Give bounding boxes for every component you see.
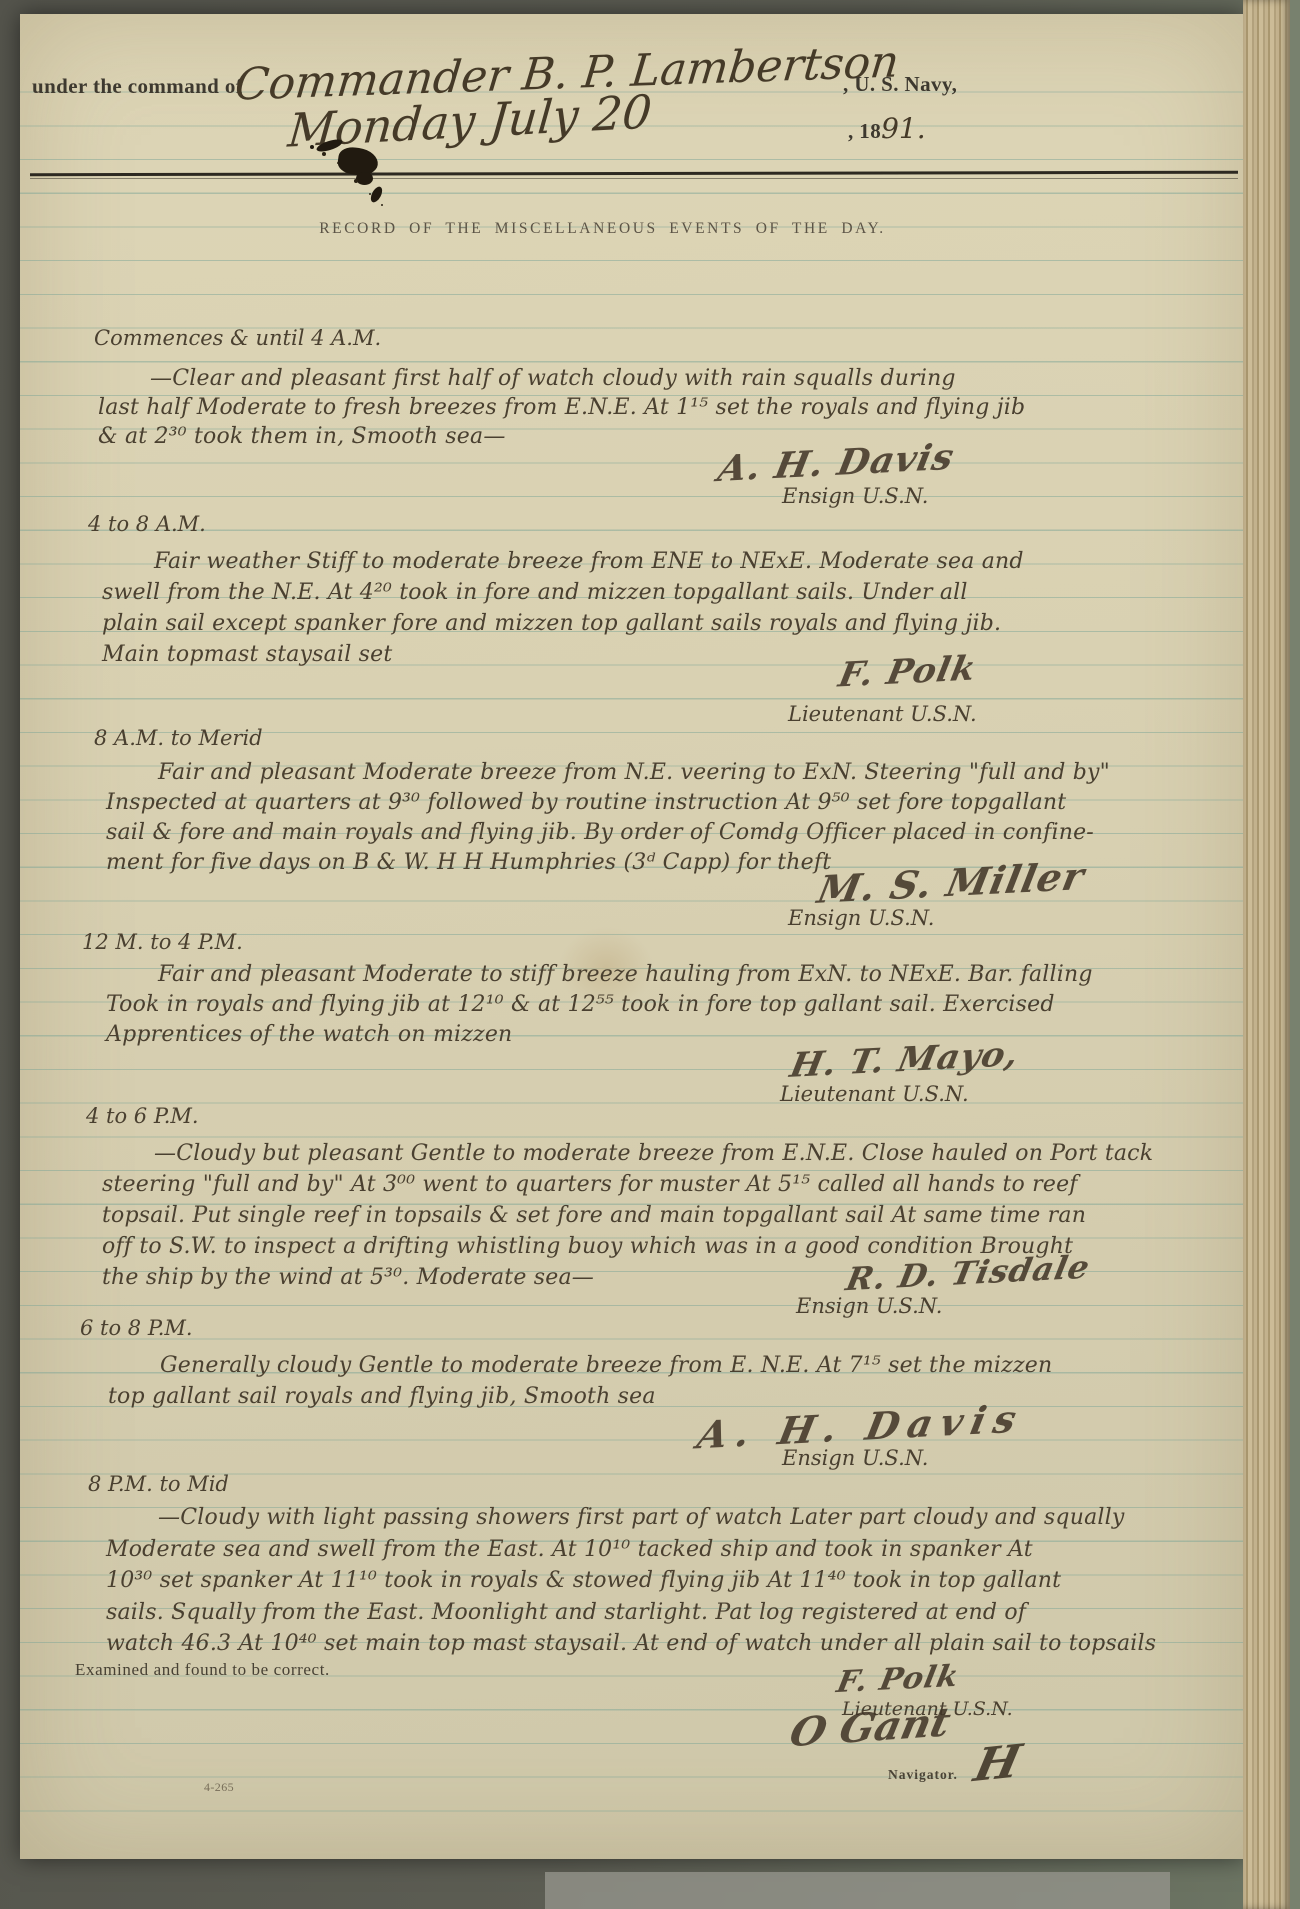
year-line: , 1891. bbox=[848, 112, 926, 145]
officer-signature: F. Polk bbox=[835, 648, 980, 695]
entry-line: Fair and pleasant Moderate breeze from N… bbox=[106, 758, 1110, 788]
entry-period: 4 to 8 A.M. bbox=[88, 512, 206, 536]
entry-line: topsail. Put single reef in topsails & s… bbox=[102, 1200, 1153, 1231]
entry-line: Took in royals and flying jib at 12¹⁰ & … bbox=[106, 990, 1093, 1020]
officer-rank: Ensign U.S.N. bbox=[782, 1446, 928, 1470]
book-cover-edge bbox=[1290, 0, 1300, 1909]
entry-period: 4 to 6 P.M. bbox=[86, 1104, 199, 1128]
entry-line: watch 46.3 At 10⁴⁰ set main top mast sta… bbox=[106, 1628, 1156, 1660]
officer-rank: Lieutenant U.S.N. bbox=[780, 1082, 969, 1106]
year-handwritten: 91. bbox=[881, 112, 926, 145]
examined-statement: Examined and found to be correct. bbox=[75, 1660, 330, 1680]
entry-body: Fair and pleasant Moderate to stiff bree… bbox=[106, 960, 1093, 1050]
entry-line: sail & fore and main royals and flying j… bbox=[106, 818, 1110, 848]
entry-line: Fair and pleasant Moderate to stiff bree… bbox=[106, 960, 1093, 990]
double-rule-bottom bbox=[30, 178, 1238, 179]
officer-rank: Lieutenant U.S.N. bbox=[788, 702, 977, 726]
background-surface bbox=[545, 1872, 1170, 1909]
navy-label: , U. S. Navy, bbox=[843, 72, 957, 97]
entry-line: Inspected at quarters at 9³⁰ followed by… bbox=[106, 788, 1110, 818]
year-prefix-label: , 18 bbox=[848, 119, 881, 143]
page-edges bbox=[1243, 0, 1290, 1909]
entry-period: 12 M. to 4 P.M. bbox=[82, 930, 243, 954]
entry-body: —Clear and pleasant first half of watch … bbox=[98, 364, 1025, 451]
officer-rank: Ensign U.S.N. bbox=[782, 484, 928, 508]
entry-period: 8 P.M. to Mid bbox=[88, 1472, 229, 1496]
log-page: under the command of Commander B. P. Lam… bbox=[20, 14, 1245, 1859]
entry-line: sails. Squally from the East. Moonlight … bbox=[106, 1597, 1156, 1629]
entry-period: 8 A.M. to Merid bbox=[94, 726, 263, 750]
command-prefix-label: under the command of bbox=[32, 74, 243, 99]
ink-blot bbox=[356, 172, 373, 185]
entry-body: —Cloudy with light passing showers first… bbox=[106, 1502, 1156, 1660]
scanned-logbook-photo: under the command of Commander B. P. Lam… bbox=[0, 0, 1300, 1909]
entry-line: Moderate sea and swell from the East. At… bbox=[106, 1534, 1156, 1566]
entry-period: Commences & until 4 A.M. bbox=[94, 326, 381, 350]
navigator-label: Navigator. bbox=[888, 1767, 958, 1783]
entry-line: —Cloudy but pleasant Gentle to moderate … bbox=[102, 1138, 1153, 1169]
entry-line: plain sail except spanker fore and mizze… bbox=[102, 608, 1024, 639]
form-number: 4-265 bbox=[204, 1780, 234, 1795]
entry-line: swell from the N.E. At 4²⁰ took in fore … bbox=[102, 577, 1024, 608]
entry-period: 6 to 8 P.M. bbox=[80, 1316, 193, 1340]
record-caption: RECORD OF THE MISCELLANEOUS EVENTS OF TH… bbox=[20, 220, 1185, 238]
entry-body: Fair weather Stiff to moderate breeze fr… bbox=[102, 546, 1024, 670]
officer-rank: Ensign U.S.N. bbox=[796, 1294, 942, 1318]
entry-line: Generally cloudy Gentle to moderate bree… bbox=[108, 1350, 1052, 1381]
entry-line: —Cloudy with light passing showers first… bbox=[106, 1502, 1156, 1534]
officer-rank: Ensign U.S.N. bbox=[788, 906, 934, 930]
entry-line: 10³⁰ set spanker At 11¹⁰ took in royals … bbox=[106, 1565, 1156, 1597]
ink-blot-spatter bbox=[310, 145, 314, 149]
entry-line: —Clear and pleasant first half of watch … bbox=[98, 364, 1025, 393]
officer-signature: F. Polk bbox=[834, 1659, 962, 1700]
entry-line: steering "full and by" At 3⁰⁰ went to qu… bbox=[102, 1169, 1153, 1200]
entry-line: Fair weather Stiff to moderate breeze fr… bbox=[102, 546, 1024, 577]
entry-line: last half Moderate to fresh breezes from… bbox=[98, 393, 1025, 422]
